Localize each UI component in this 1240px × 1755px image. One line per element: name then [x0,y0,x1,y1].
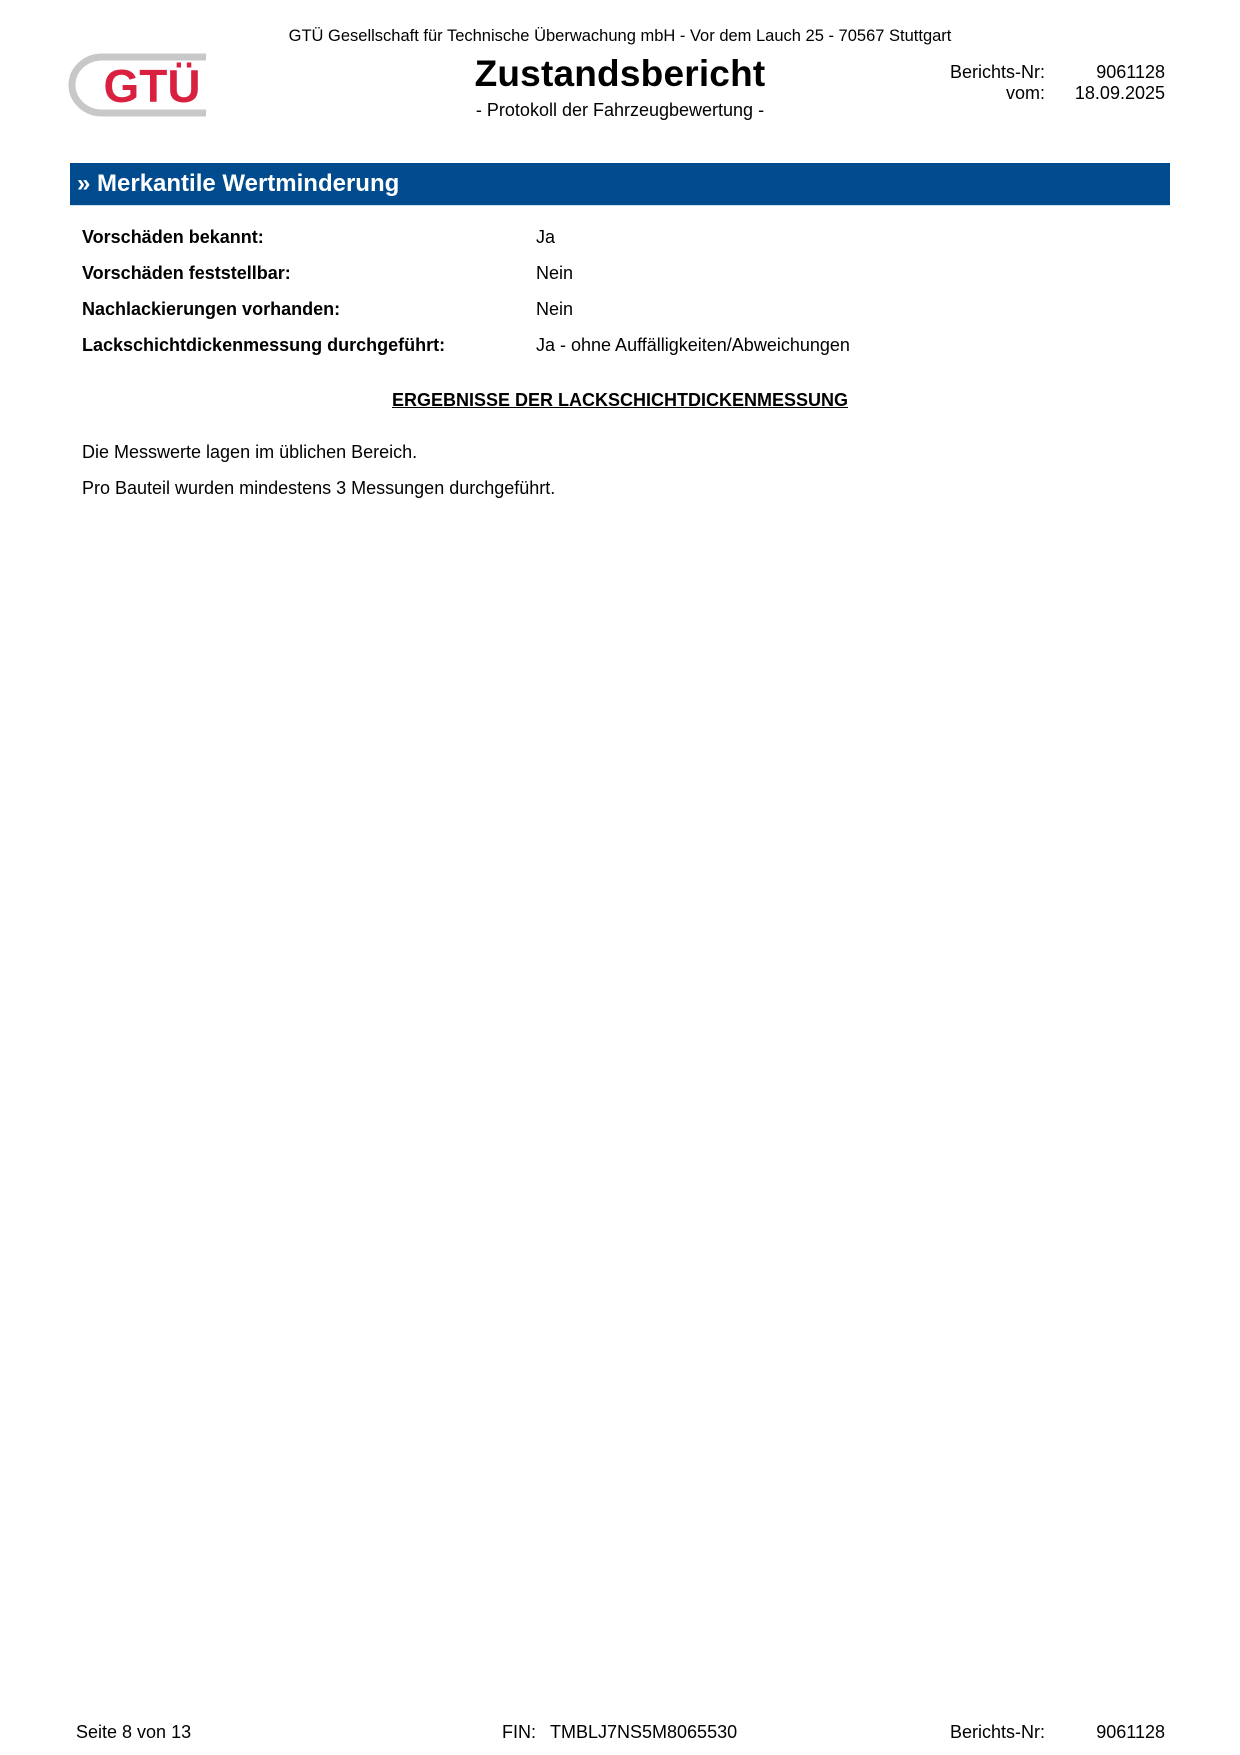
footer-report-number: 9061128 [1050,1722,1165,1743]
report-date: 18.09.2025 [1050,83,1165,104]
section-header-bar: » Merkantile Wertminderung [70,163,1170,206]
page-number: Seite 8 von 13 [76,1722,191,1743]
fin-value: TMBLJ7NS5M8065530 [550,1722,737,1743]
results-paragraph: Pro Bauteil wurden mindestens 3 Messunge… [82,478,555,499]
results-paragraph: Die Messwerte lagen im üblichen Bereich. [82,442,417,463]
footer-report-number-label: Berichts-Nr: [900,1722,1045,1743]
row-label-prior-damage-known: Vorschäden bekannt: [82,227,264,248]
row-label-paint-measurement-done: Lackschichtdickenmessung durchgeführt: [82,335,445,356]
row-value-repaint-present: Nein [536,299,573,320]
section-title: » Merkantile Wertminderung [77,170,399,198]
row-label-prior-damage-detectable: Vorschäden feststellbar: [82,263,291,284]
report-number: 9061128 [1050,62,1165,83]
report-number-label: Berichts-Nr: [900,62,1045,83]
row-value-prior-damage-known: Ja [536,227,555,248]
fin-label: FIN: [502,1722,536,1743]
row-value-paint-measurement-done: Ja - ohne Auffälligkeiten/Abweichungen [536,335,850,356]
row-label-repaint-present: Nachlackierungen vorhanden: [82,299,340,320]
row-value-prior-damage-detectable: Nein [536,263,573,284]
report-date-label: vom: [900,83,1045,104]
company-address-line: GTÜ Gesellschaft für Technische Überwach… [0,27,1240,46]
results-heading: ERGEBNISSE DER LACKSCHICHTDICKENMESSUNG [0,390,1240,411]
